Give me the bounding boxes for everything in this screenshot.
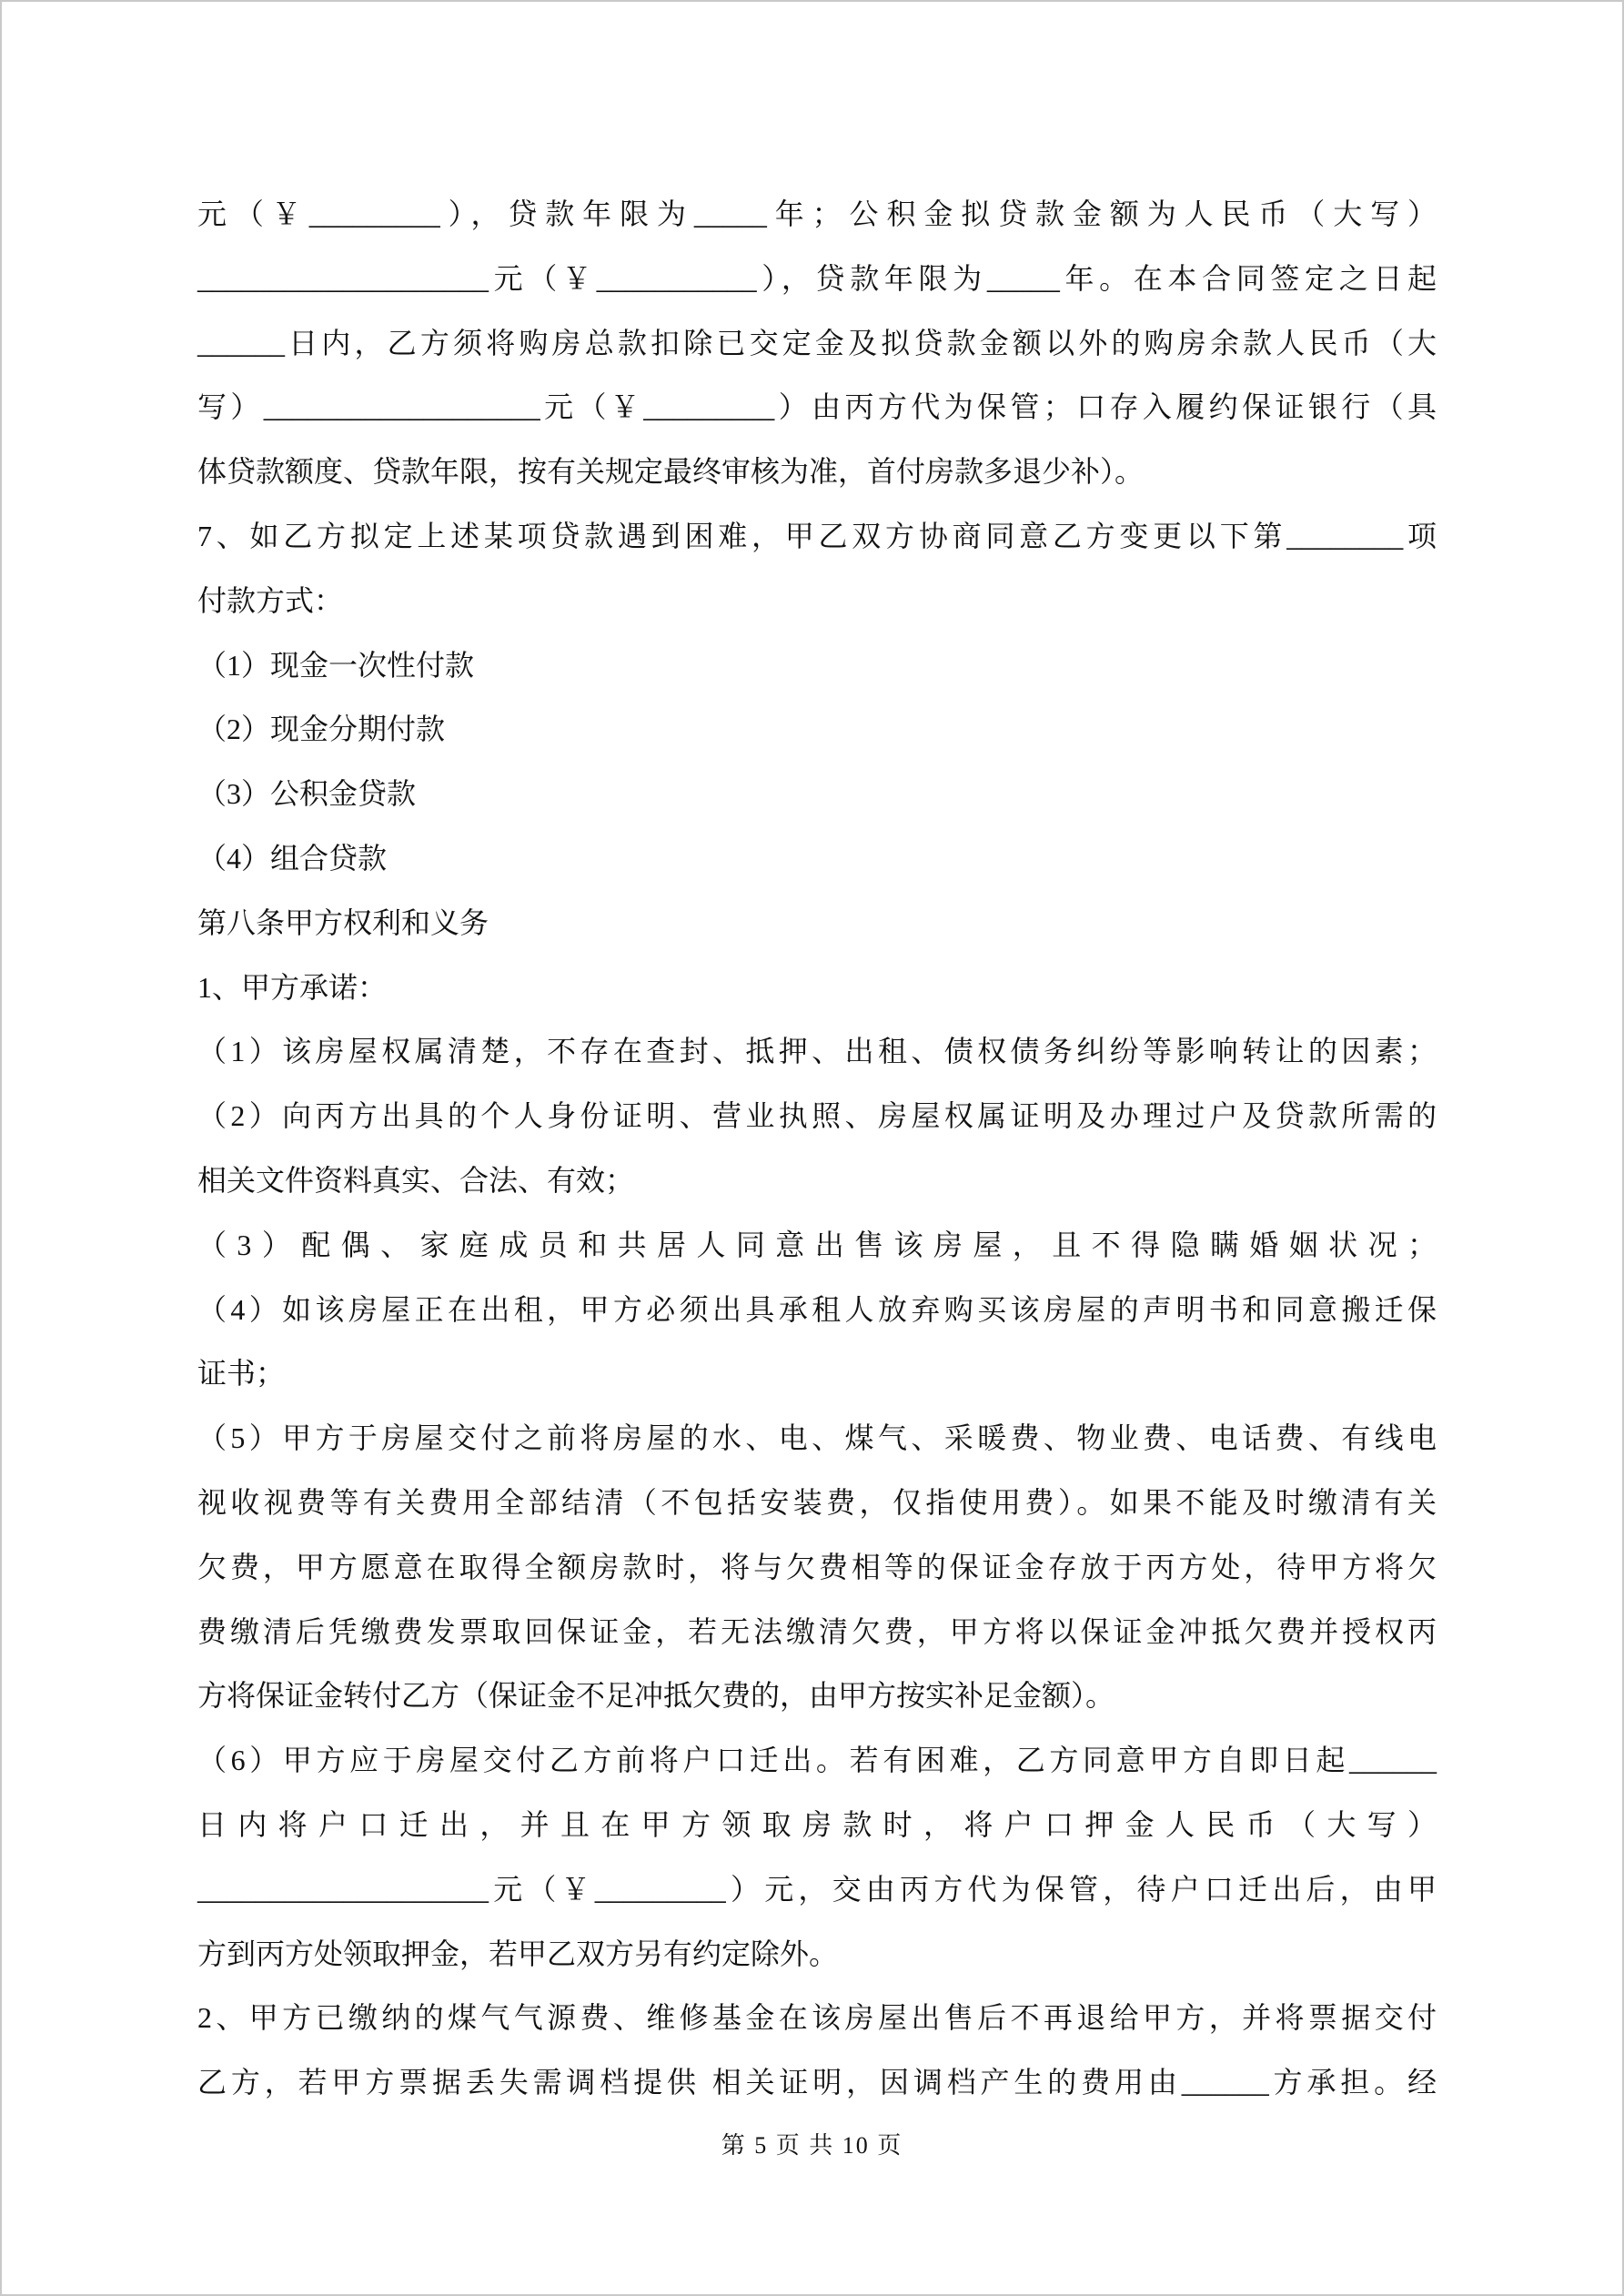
text-line: ____________________元（￥_________）元，交由丙方代… [197,1857,1437,1922]
text-line: 视收视费等有关费用全部结清（不包括安装费，仅指使用费）。如果不能及时缴清有关 [197,1471,1437,1535]
text-line: 2、甲方已缴纳的煤气气源费、维修基金在该房屋出售后不再退给甲方，并将票据交付 [197,1986,1437,2050]
text-line: ____________________元（￥___________），贷款年限… [197,247,1437,311]
text-line: 证书； [197,1341,1437,1406]
text-line: （5）甲方于房屋交付之前将房屋的水、电、煤气、采暖费、物业费、电话费、有线电 [197,1406,1437,1471]
text-line: 乙方，若甲方票据丢失需调档提供 相关证明，因调档产生的费用由______方承担。… [197,2050,1437,2115]
contract-page: 元（￥_________），贷款年限为_____年；公积金拟贷款金额为人民币（大… [0,0,1624,2296]
text-line: （2）现金分期付款 [197,697,1437,762]
text-line: （3）公积金贷款 [197,762,1437,826]
text-line: 1、甲方承诺： [197,956,1437,1020]
page-number-footer: 第 5 页 共 10 页 [2,2129,1622,2162]
text-line: （4）如该房屋正在出租，甲方必须出具承租人放弃购买该房屋的声明书和同意搬迁保 [197,1278,1437,1342]
text-line: （4）组合贷款 [197,826,1437,891]
text-line: （1）现金一次性付款 [197,633,1437,698]
text-line: 方将保证金转付乙方（保证金不足冲抵欠费的，由甲方按实补足金额）。 [197,1664,1437,1728]
text-line: 方到丙方处领取押金，若甲乙双方另有约定除外。 [197,1922,1437,1987]
text-line: 第八条甲方权利和义务 [197,891,1437,956]
text-line: ______日内，乙方须将购房总款扣除已交定金及拟贷款金额以外的购房余款人民币（… [197,311,1437,376]
text-line: 相关文件资料真实、合法、有效； [197,1148,1437,1213]
contract-body: 元（￥_________），贷款年限为_____年；公积金拟贷款金额为人民币（大… [197,182,1437,2115]
text-line: （2）向丙方出具的个人身份证明、营业执照、房屋权属证明及办理过户及贷款所需的 [197,1084,1437,1148]
text-line: 写）___________________元（￥_________）由丙方代为保… [197,375,1437,440]
text-line: 费缴清后凭缴费发票取回保证金，若无法缴清欠费，甲方将以保证金冲抵欠费并授权丙 [197,1600,1437,1664]
text-line: （3）配偶、家庭成员和共居人同意出售该房屋，且不得隐瞒婚姻状况； [197,1213,1437,1278]
text-line: 体贷款额度、贷款年限，按有关规定最终审核为准，首付房款多退少补）。 [197,440,1437,504]
text-line: 日内将户口迁出，并且在甲方领取房款时，将户口押金人民币（大写） [197,1793,1437,1857]
text-line: 元（￥_________），贷款年限为_____年；公积金拟贷款金额为人民币（大… [197,182,1437,247]
text-line: 7、如乙方拟定上述某项贷款遇到困难，甲乙双方协商同意乙方变更以下第_______… [197,504,1437,569]
text-line: （6）甲方应于房屋交付乙方前将户口迁出。若有困难，乙方同意甲方自即日起_____… [197,1728,1437,1793]
text-line: （1）该房屋权属清楚，不存在查封、抵押、出租、债权债务纠纷等影响转让的因素； [197,1019,1437,1084]
text-line: 付款方式： [197,569,1437,633]
text-line: 欠费，甲方愿意在取得全额房款时，将与欠费相等的保证金存放于丙方处，待甲方将欠 [197,1535,1437,1600]
